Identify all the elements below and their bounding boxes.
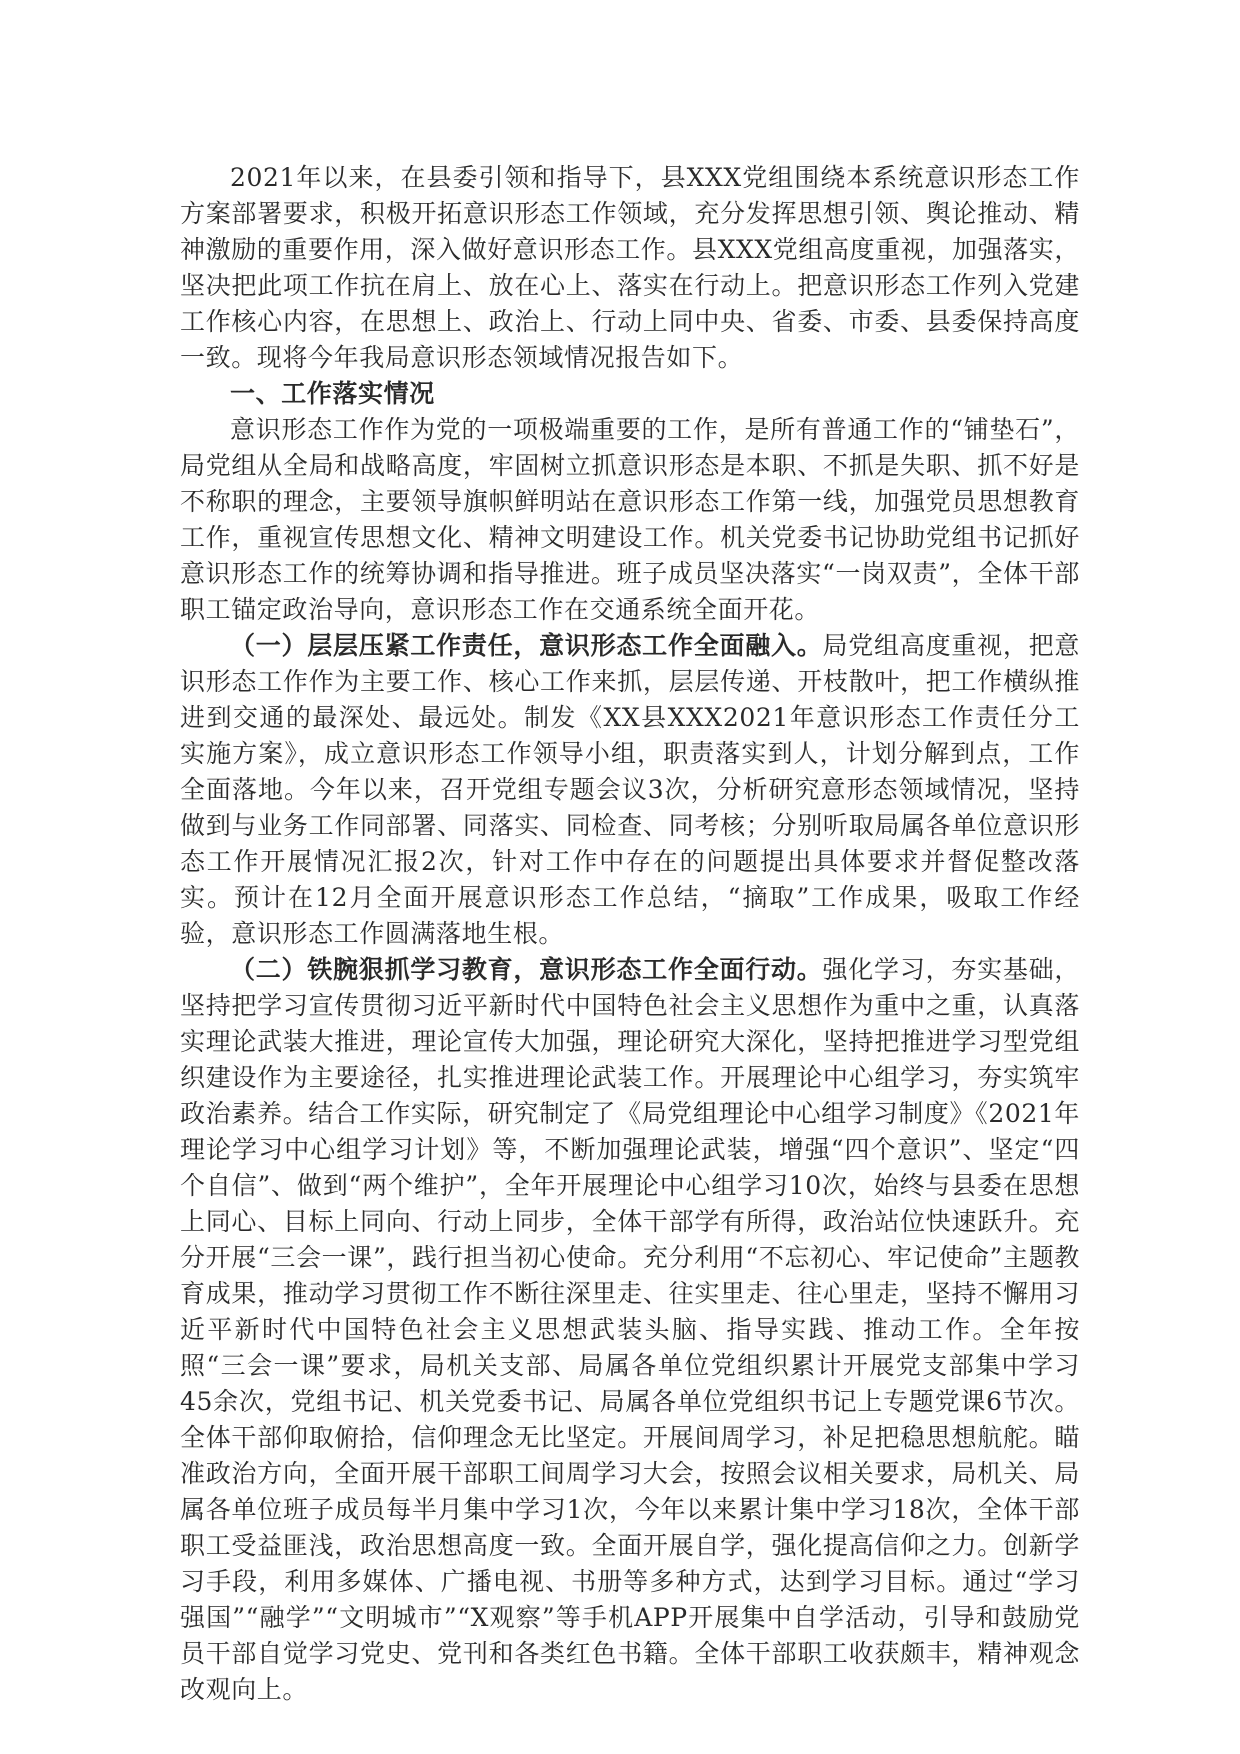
subsection-1: （一）层层压紧工作责任，意识形态工作全面融入。局党组高度重视，把意识形态工作作为… [180, 628, 1080, 952]
subsection-2-body: 强化学习，夯实基础，坚持把学习宣传贯彻习近平新时代中国特色社会主义思想作为重中之… [180, 955, 1080, 1704]
intro-paragraph: 2021年以来，在县委引领和指导下，县XXX党组围绕本系统意识形态工作方案部署要… [180, 160, 1080, 376]
subsection-2-lead: （二）铁腕狠抓学习教育，意识形态工作全面行动。 [230, 955, 823, 984]
subsection-1-lead: （一）层层压紧工作责任，意识形态工作全面融入。 [230, 631, 823, 660]
document-page: 2021年以来，在县委引领和指导下，县XXX党组围绕本系统意识形态工作方案部署要… [180, 160, 1080, 1708]
subsection-2: （二）铁腕狠抓学习教育，意识形态工作全面行动。强化学习，夯实基础，坚持把学习宣传… [180, 952, 1080, 1708]
section-heading: 一、工作落实情况 [180, 376, 1080, 412]
section-paragraph: 意识形态工作作为党的一项极端重要的工作，是所有普通工作的“铺垫石”，局党组从全局… [180, 412, 1080, 628]
subsection-1-body: 局党组高度重视，把意识形态工作作为主要工作、核心工作来抓，层层传递、开枝散叶，把… [180, 631, 1080, 948]
